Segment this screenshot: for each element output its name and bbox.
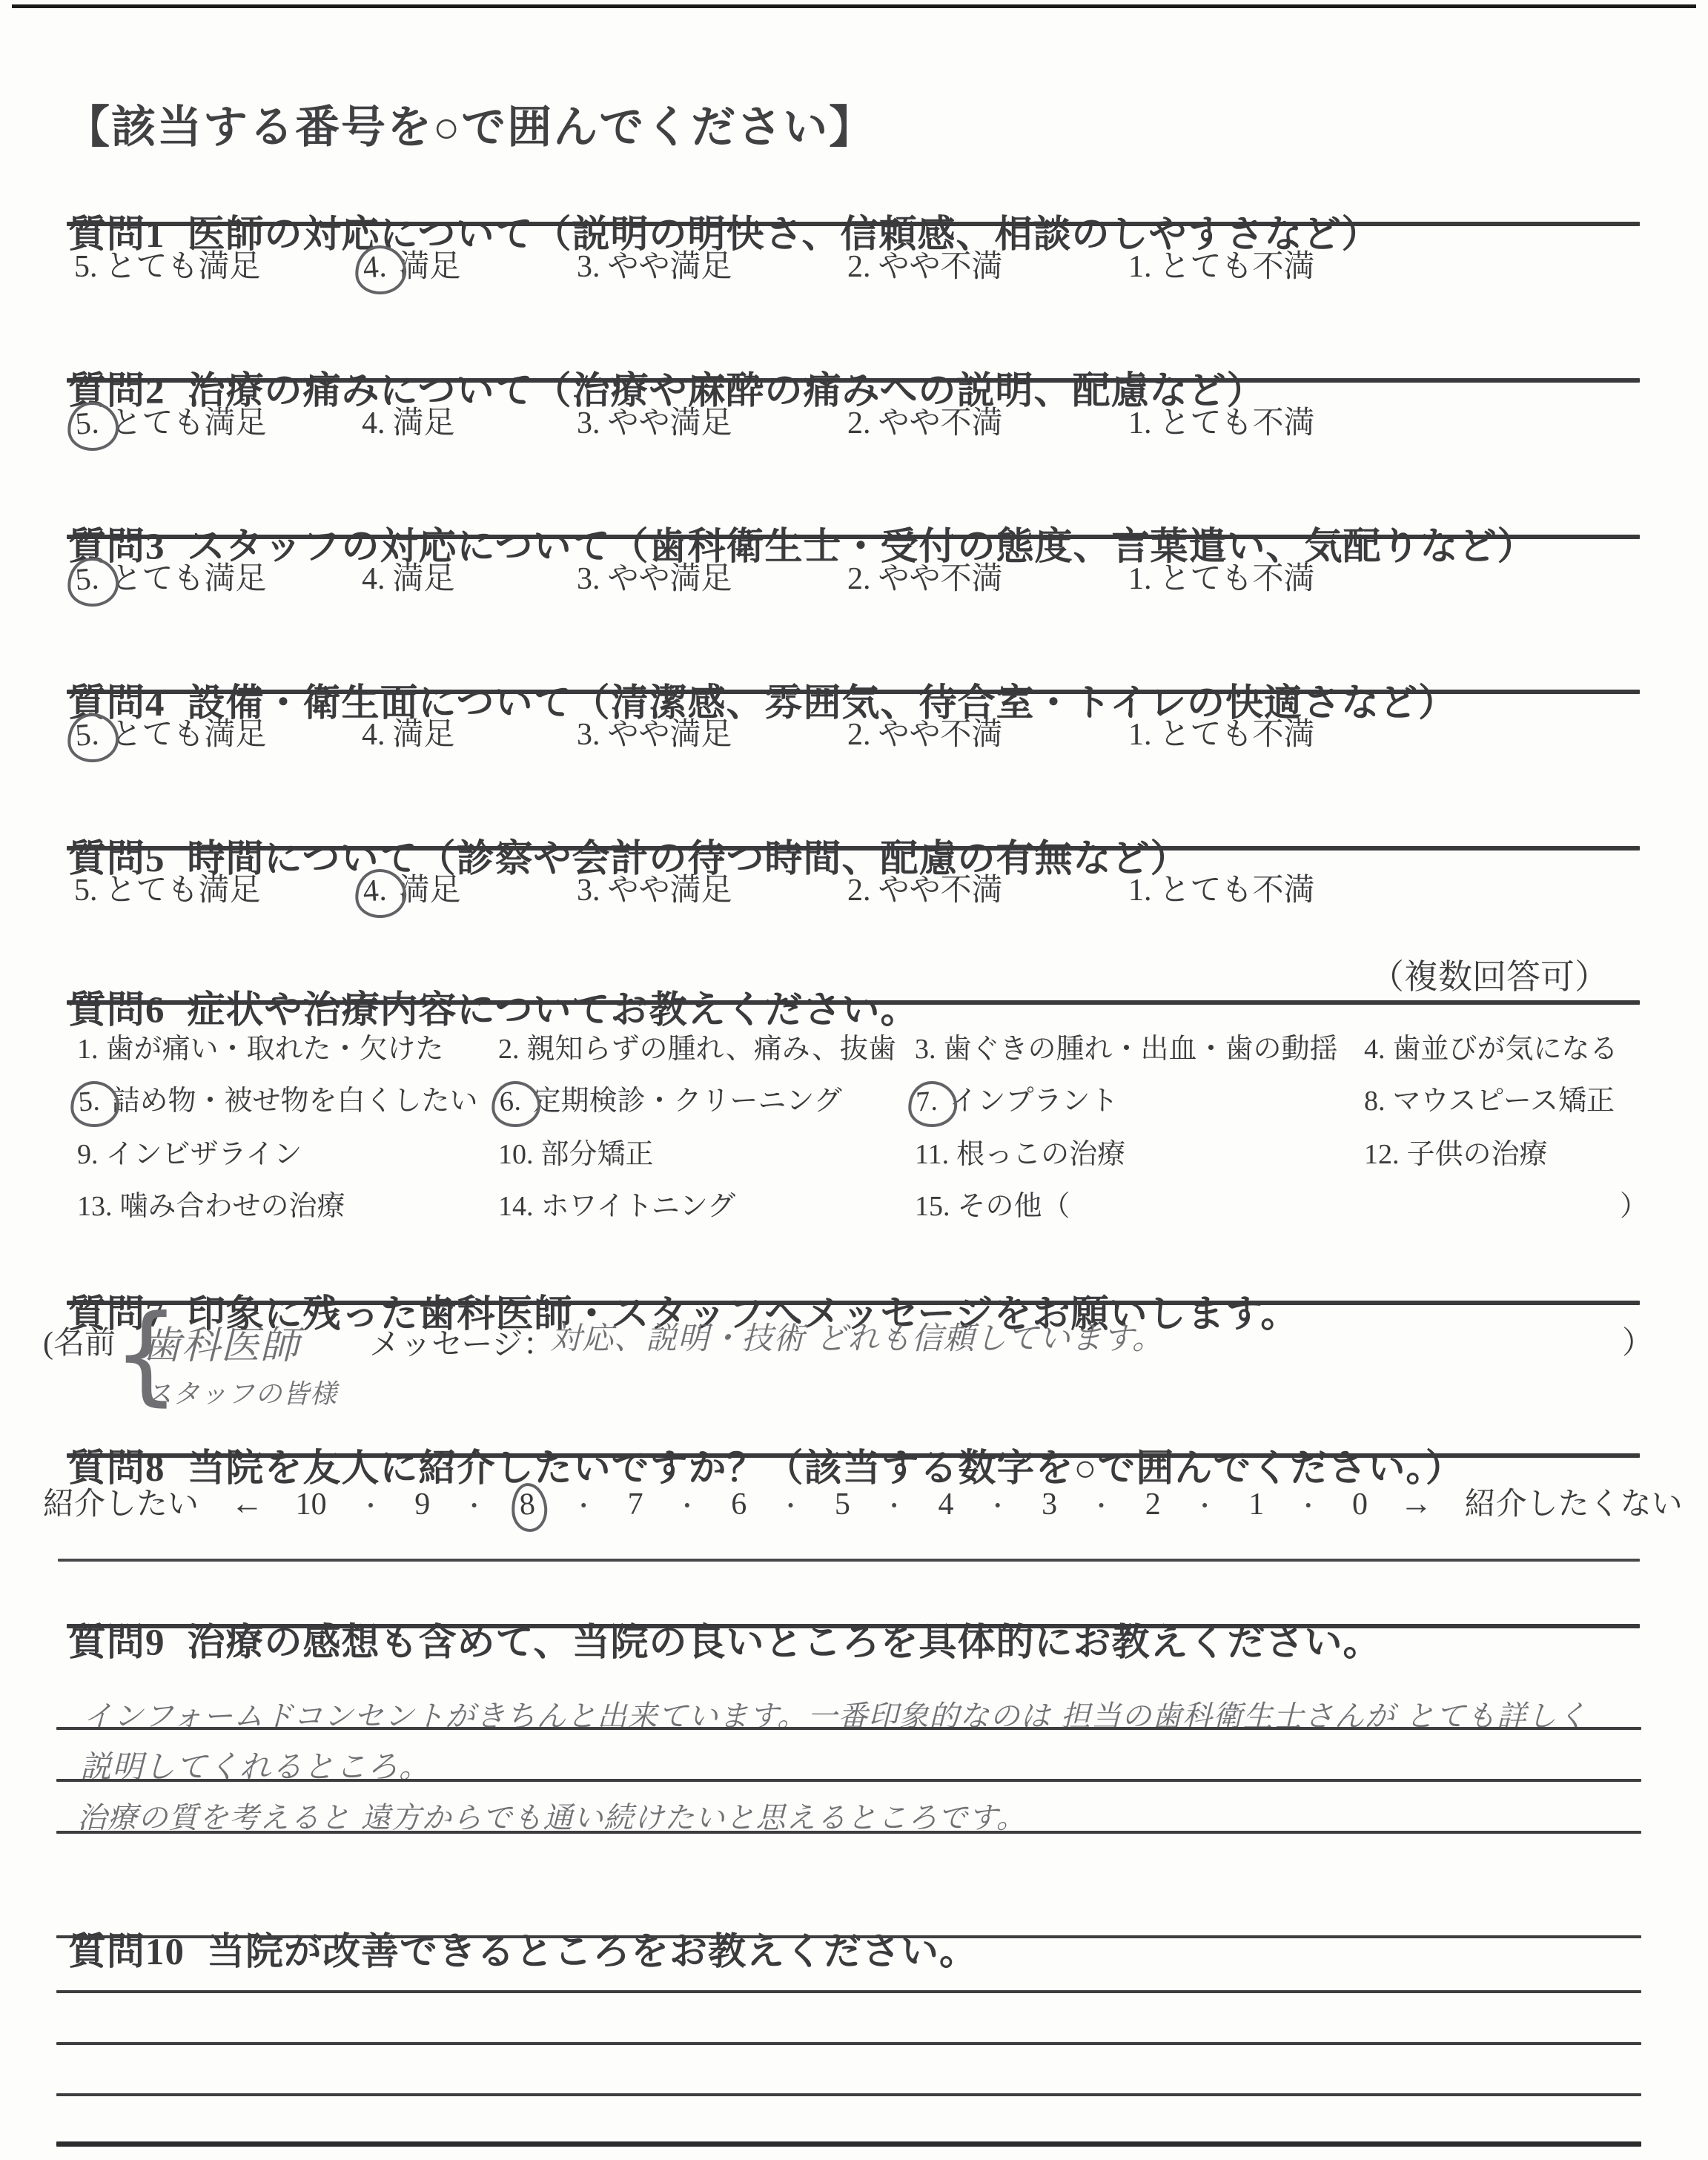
section-divider [67,222,1640,226]
question-10-header: 質問10当院が改善できるところをお教えください。 [68,1920,978,1975]
option-text: とても満足 [105,873,261,908]
item-text: 親知らずの腫れ、痛み、抜歯 [527,1034,897,1065]
answer-line [56,1935,1641,1938]
rating-option-5: 5.とても満足 [74,398,267,444]
rating-option-1: 1.とても不満 [1128,398,1315,443]
rating-option-4: 4.満足 [362,242,461,288]
option-text: とても不満 [1159,250,1315,284]
option-number: 4. [362,873,388,908]
item-text: 歯が痛い・取れた・欠けた [106,1034,444,1065]
q8-number-9: 9 [414,1487,430,1522]
item-text: 歯並びが気になる [1393,1034,1618,1065]
option-text: やや不満 [878,873,1003,908]
item-text: 根っこの治療 [956,1139,1125,1170]
option-number: 3. [577,406,600,440]
item-number: 11. [915,1139,949,1170]
rating-option-4: 4.満足 [362,554,455,598]
q8-number-7: 7 [628,1487,643,1522]
option-text: とても満足 [111,718,267,752]
option-number: 4. [362,718,385,752]
rating-option-3: 3.やや満足 [577,398,732,443]
option-text: やや不満 [878,250,1003,284]
section-divider [67,1301,1640,1305]
rating-option-4: 4.満足 [362,865,461,911]
q8-number-0: 0 [1352,1487,1368,1522]
q6-item-7: 7.インプラント [915,1077,1119,1120]
q6-item-4: 4.歯並びが気になる [1364,1025,1618,1066]
option-text: とても不満 [1159,718,1315,752]
question-9-header: 質問9治療の感想も含めて、当院の良いところを具体的にお教えください。 [68,1611,1382,1666]
q6-item-9: 9.インビザライン [77,1131,302,1172]
q7-handwritten-name-staff: スタッフの皆様 [145,1373,337,1411]
right-arrow-icon: → [1400,1484,1432,1522]
q7-handwritten-message: 対応、説明・技術 どれも信頼しています。 [550,1314,1164,1358]
option-number: 1. [1128,406,1152,440]
q6-item-10: 10.部分矯正 [498,1131,654,1172]
item-number: 15. [915,1191,950,1222]
section-divider [67,1453,1640,1458]
q6-item-13: 13.噛み合わせの治療 [77,1183,345,1223]
section-divider [67,846,1640,851]
option-number: 3. [577,250,600,284]
item-text: 部分矯正 [541,1139,654,1170]
rating-option-2: 2.やや不満 [847,242,1003,286]
rating-option-1: 1.とても不満 [1128,710,1315,754]
item-number: 10. [498,1139,534,1170]
item-number: 13. [77,1191,113,1222]
q6-item-12: 12.子供の治療 [1364,1131,1548,1172]
q6-item-8: 8.マウスピース矯正 [1364,1077,1615,1118]
q6-other-close-paren: ） [1620,1183,1648,1223]
q8-number-8: 8 [518,1487,536,1522]
question-9-label: 質問9 [68,1622,165,1664]
item-text: マウスピース矯正 [1393,1086,1615,1117]
option-number: 1. [1128,718,1152,752]
option-number: 4. [362,406,385,440]
q7-close-paren: ） [1622,1318,1653,1363]
dot-separator: ・ [463,1487,486,1522]
dot-separator: ・ [572,1487,595,1522]
rating-option-3: 3.やや満足 [577,710,732,754]
q6-item-1: 1.歯が痛い・取れた・欠けた [77,1025,444,1066]
q8-number-3: 3 [1042,1487,1057,1522]
section-divider [67,1000,1640,1005]
option-text: 満足 [393,718,455,752]
q8-number-1: 1 [1248,1487,1264,1522]
dot-separator: ・ [1089,1487,1113,1522]
option-text: 満足 [393,562,455,596]
option-number: 5. [74,406,100,441]
answer-line [58,1559,1640,1562]
answer-line [56,1831,1641,1834]
option-text: 満足 [399,873,461,908]
rating-option-2: 2.やや不満 [847,554,1003,598]
option-number: 3. [577,562,600,596]
item-number: 1. [77,1034,99,1065]
item-text: 歯ぐきの腫れ・出血・歯の動揺 [944,1034,1338,1065]
section-divider [67,378,1640,383]
option-number: 1. [1128,873,1152,908]
answer-line [56,2093,1641,2096]
q6-item-11: 11.根っこの治療 [915,1131,1125,1172]
top-edge-line [12,4,1696,8]
answer-line [56,1990,1641,1993]
option-number: 5. [74,717,100,753]
rating-option-5: 5.とても満足 [74,710,267,756]
item-text: 噛み合わせの治療 [120,1191,345,1222]
section-divider [67,690,1640,694]
option-text: やや満足 [608,406,732,440]
answer-line [56,2141,1641,2147]
q7-name-prefix: (名前 [43,1318,116,1363]
q8-number-10: 10 [296,1487,327,1522]
q8-recommend-scale: 紹介したい ← 10 ・ 9 ・ 8 ・ 7 ・ 6 ・ 5 ・ 4 ・ 3 ・… [43,1479,1683,1525]
option-text: とても不満 [1159,562,1315,596]
option-number: 3. [577,873,600,908]
item-text: 定期検診・クリーニング [533,1086,842,1117]
item-number: 2. [498,1034,520,1065]
item-number: 3. [915,1034,936,1065]
item-number: 9. [77,1139,99,1170]
option-text: とても満足 [105,250,261,284]
q6-item-14: 14.ホワイトニング [498,1183,735,1223]
rating-option-4: 4.満足 [362,710,455,754]
option-text: 満足 [393,406,455,440]
q6-item-2: 2.親知らずの腫れ、痛み、抜歯 [498,1025,896,1066]
page-title: 【該当する番号を○で囲んでください】 [65,92,875,156]
q8-number-4: 4 [938,1487,953,1522]
rating-option-3: 3.やや満足 [577,865,732,910]
option-number: 3. [577,718,600,752]
q6-item-6: 6.定期検診・クリーニング [498,1077,842,1120]
dot-separator: ・ [359,1487,383,1522]
section-divider [67,535,1640,539]
rating-option-1: 1.とても不満 [1128,554,1315,598]
dot-separator: ・ [1297,1487,1320,1522]
item-text: ホワイトニング [541,1191,736,1222]
item-number: 7. [915,1086,938,1118]
rating-option-3: 3.やや満足 [577,554,732,598]
item-number: 5. [77,1086,100,1118]
dot-separator: ・ [779,1487,803,1522]
option-number: 2. [847,562,871,596]
q8-number-5: 5 [835,1487,850,1522]
dot-separator: ・ [675,1487,699,1522]
item-text: 子供の治療 [1407,1139,1548,1170]
item-text: インビザライン [106,1139,302,1170]
option-text: とても満足 [111,562,267,596]
rating-option-2: 2.やや不満 [847,398,1003,443]
rating-option-5: 5.とても満足 [74,865,261,910]
option-text: やや満足 [608,718,732,752]
option-text: やや満足 [608,873,732,908]
dot-separator: ・ [1193,1487,1217,1522]
option-text: 満足 [399,250,461,284]
rating-option-5: 5.とても満足 [74,242,261,286]
q6-multiple-answers-note: （複数回答可） [1370,950,1609,999]
rating-option-3: 3.やや満足 [577,242,732,286]
q7-handwritten-name-doctor: 歯科医師 [142,1314,299,1370]
question-9-title: 治療の感想も含めて、当院の良いところを具体的にお教えください。 [188,1622,1382,1664]
item-number: 4. [1364,1034,1386,1065]
option-number: 2. [847,718,871,752]
option-number: 5. [74,873,98,908]
option-text: やや不満 [878,718,1003,752]
option-number: 4. [362,249,388,285]
option-number: 4. [362,562,385,596]
rating-option-5: 5.とても満足 [74,554,267,600]
option-number: 5. [74,561,100,597]
rating-option-1: 1.とても不満 [1128,242,1315,286]
option-text: とても満足 [111,406,267,440]
option-number: 1. [1128,250,1152,284]
q6-item-5: 5.詰め物・被せ物を白くしたい [77,1077,478,1120]
option-number: 5. [74,250,98,284]
item-text: その他（ [958,1191,1070,1222]
survey-form-page: 【該当する番号を○で囲んでください】 質問1医師の対応について（説明の明快さ、信… [0,0,1708,2160]
answer-line [56,1727,1641,1730]
option-text: やや不満 [878,406,1003,440]
answer-line [56,1779,1641,1782]
option-number: 2. [847,250,871,284]
q8-number-6: 6 [731,1487,747,1522]
hand-circle-annotation: 8 [510,1482,549,1533]
rating-option-2: 2.やや不満 [847,865,1003,910]
rating-option-1: 1.とても不満 [1128,865,1315,910]
q8-number-2: 2 [1145,1487,1161,1522]
item-text: 詰め物・被せ物を白くしたい [112,1086,478,1117]
dot-separator: ・ [882,1487,906,1522]
option-number: 2. [847,873,871,908]
answer-line [56,2042,1641,2045]
option-number: 1. [1128,562,1152,596]
item-number: 6. [498,1086,521,1118]
rating-option-4: 4.満足 [362,398,455,443]
option-text: とても不満 [1159,406,1315,440]
item-number: 14. [498,1191,534,1222]
left-arrow-icon: ← [231,1484,263,1522]
item-number: 8. [1364,1086,1386,1117]
q8-right-label: 紹介したくない [1465,1479,1683,1524]
q6-item-15: 15.その他（ [915,1183,1070,1223]
option-text: とても不満 [1159,873,1315,908]
q7-message-label: メッセージ： [369,1320,554,1364]
option-text: やや不満 [878,562,1003,596]
q8-left-label: 紹介したい [43,1479,199,1524]
option-text: やや満足 [608,250,732,284]
item-text: インプラント [950,1086,1119,1117]
option-number: 2. [847,406,871,440]
dot-separator: ・ [986,1487,1010,1522]
question-3-header: 質問3スタッフの対応について（歯科衛生士・受付の態度、言葉遣い、気配りなど） [68,515,1536,570]
rating-option-2: 2.やや不満 [847,710,1003,754]
section-divider [67,1624,1640,1628]
item-number: 12. [1364,1139,1400,1170]
q6-item-3: 3.歯ぐきの腫れ・出血・歯の動揺 [915,1025,1338,1066]
option-text: やや満足 [608,562,732,596]
